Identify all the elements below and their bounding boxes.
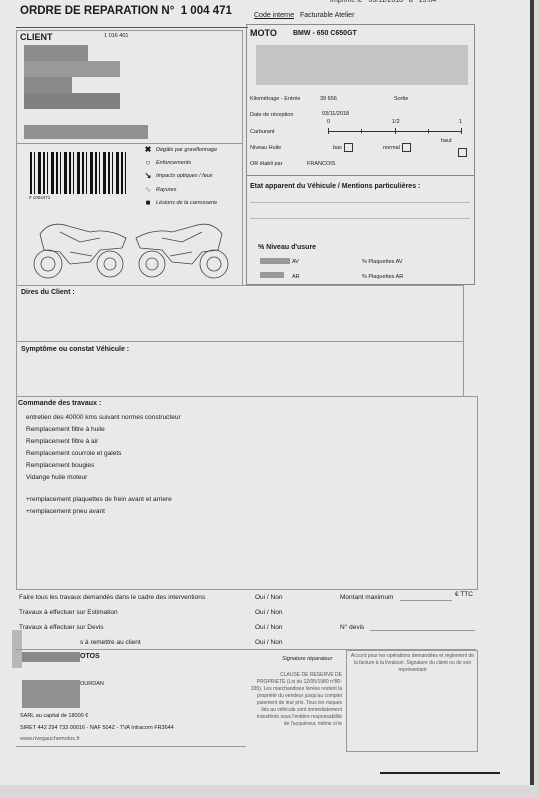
work-item: Remplacement filtre à air — [26, 438, 98, 445]
fuel-gauge-tick — [328, 128, 329, 134]
redacted-client-info — [24, 125, 148, 139]
redacted-client-info — [24, 61, 120, 77]
moto-model: BMW - 650 C650GT — [293, 30, 357, 37]
devis-field[interactable] — [370, 630, 475, 631]
checkbox[interactable] — [458, 148, 467, 157]
oil-option-bas[interactable]: bas — [333, 143, 353, 152]
company-website[interactable]: www.rivegauchemotos.fr — [20, 736, 80, 742]
devis-label: N° devis — [340, 624, 364, 631]
repair-order-document: ORDRE DE REPARATION N° 1 004 471 Imprimé… — [0, 0, 534, 785]
oil-option-haut[interactable] — [456, 144, 467, 162]
legend-item: ↘Impacts optiques / feux — [144, 171, 213, 180]
fuel-tick-1: 1 — [459, 119, 462, 125]
legend-label: Enfoncements — [156, 160, 191, 166]
printed-info: Imprimé le 03/11/2018 à 15:04 — [330, 0, 436, 4]
option-label: s à remettre au client — [80, 639, 141, 646]
etat-line — [250, 218, 470, 219]
printed-time: 15:04 — [419, 0, 437, 4]
oil-option-normal[interactable]: normal — [383, 143, 411, 152]
client-signature-box[interactable] — [346, 650, 478, 752]
legend-item: ✖Dégâts par gravillonnage — [144, 145, 217, 154]
oil-bas-label: bas — [333, 145, 342, 151]
montant-label: Montant maximum — [340, 594, 393, 601]
work-item: Remplacement filtre à huile — [26, 426, 105, 433]
work-item: Remplacement bougies — [26, 462, 94, 469]
checkbox[interactable] — [402, 143, 411, 152]
legend-item: ∿Rayures — [144, 185, 176, 194]
square-icon: ■ — [144, 198, 152, 207]
redacted-usure — [260, 258, 290, 264]
oil-normal-label: normal — [383, 145, 400, 151]
client-number: 1 016 401 — [104, 33, 128, 39]
code-interne: Code interne Facturable Atelier — [254, 12, 354, 19]
reception-label: Date de réception — [250, 112, 293, 118]
fuel-gauge-tick — [461, 128, 462, 134]
fuel-tick-0: 0 — [327, 119, 330, 125]
redacted-company-name — [22, 652, 80, 662]
oui-non-choice[interactable]: Oui / Non — [255, 609, 282, 616]
or-by: FRANCOIS — [307, 161, 335, 167]
checkbox[interactable] — [344, 143, 353, 152]
or-label: OR établi par — [250, 161, 282, 167]
fuel-gauge-tick — [361, 129, 362, 133]
redacted-client-info — [24, 77, 72, 93]
legend-label: Dégâts par gravillonnage — [156, 147, 217, 153]
symptome-label: Symptôme ou constat Véhicule : — [21, 346, 129, 353]
order-number: 1 004 471 — [181, 5, 232, 17]
redacted-vehicle-info — [256, 45, 468, 85]
motorcycle-left-diagram[interactable] — [30, 212, 130, 282]
usure-av: AV — [292, 259, 299, 265]
company-capital: SARL au capital de 18000 € — [20, 713, 88, 719]
redacted-client-info — [24, 45, 88, 61]
arrow-icon: ↘ — [144, 171, 152, 180]
work-item: Vidange huile moteur — [26, 474, 87, 481]
work-item: +remplacement plaquettes de frein avant … — [26, 496, 172, 503]
title-underline — [16, 27, 248, 28]
clause-reserve: CLAUSE DE RESERVE DE PROPRIETE (Loi du 1… — [250, 672, 342, 728]
barcode — [30, 152, 128, 194]
address: OURDAN — [80, 681, 104, 687]
work-item: entretien des 40000 kms suivant normes c… — [26, 414, 181, 421]
km-label: Kilométrage - Entrée — [250, 96, 300, 102]
bottom-edge — [380, 772, 500, 774]
reception-date: 03/11/2018 — [322, 111, 349, 117]
client-label: CLIENT — [20, 32, 53, 42]
option-label: Travaux à effectuer sur Devis — [19, 624, 104, 631]
etat-line — [250, 202, 470, 203]
oui-non-choice[interactable]: Oui / Non — [255, 639, 282, 646]
legend-item: ■Lésions de la carrosserie — [144, 198, 217, 207]
oui-non-choice[interactable]: Oui / Non — [255, 624, 282, 631]
option-label: Faire tous les travaux demandés dans le … — [19, 594, 205, 601]
redacted-usure — [260, 272, 284, 278]
legend-label: Lésions de la carrosserie — [156, 200, 217, 206]
legend-item: ○Enfoncements — [144, 158, 191, 167]
montant-unit: € TTC — [455, 591, 473, 598]
usure-ar: AR — [292, 274, 300, 280]
montant-field[interactable] — [400, 600, 452, 601]
motorcycle-right-diagram[interactable] — [132, 212, 232, 282]
cross-icon: ✖ — [144, 145, 152, 154]
signature-label: Signature réparateur — [282, 656, 332, 662]
moto-label: MOTO — [250, 28, 277, 38]
km-in: 39 656 — [320, 96, 337, 102]
footer-divider — [16, 746, 246, 747]
oil-label: Niveau Huile — [250, 145, 281, 151]
printed-date: 03/11/2018 — [369, 0, 404, 4]
fuel-tick-half: 1/2 — [392, 119, 400, 125]
title-text: ORDRE DE REPARATION N° — [20, 5, 174, 17]
scratch-icon: ∿ — [144, 185, 152, 194]
circle-icon: ○ — [144, 158, 152, 167]
work-item: Remplacement courroie et galets — [26, 450, 121, 457]
barcode-text: # 1004471 — [29, 195, 50, 200]
company-name: OTOS — [80, 653, 100, 660]
redacted-address — [22, 680, 80, 708]
etat-label: Etat apparent du Véhicule / Mentions par… — [250, 183, 420, 190]
dires-client-label: Dires du Client : — [21, 289, 75, 296]
plaquettes-ar: % Plaquettes AR — [362, 274, 403, 280]
document-title: ORDRE DE REPARATION N° 1 004 471 — [20, 5, 232, 17]
legend-label: Impacts optiques / feux — [156, 173, 213, 179]
fuel-label: Carburant — [250, 129, 274, 135]
redacted-client-info — [24, 93, 120, 109]
fuel-gauge-tick — [395, 128, 396, 134]
company-legal: SIRET 442 294 733 00016 - NAF 504Z - TVA… — [20, 725, 174, 731]
code-interne-label: Code interne — [254, 12, 294, 19]
oil-haut-label: haut — [441, 138, 452, 144]
usure-label: % Niveau d'usure — [258, 244, 316, 251]
work-item: +remplacement pneu avant — [26, 508, 105, 515]
billing-type: Facturable Atelier — [300, 12, 354, 19]
fuel-gauge-tick — [428, 129, 429, 133]
commande-label: Commande des travaux : — [18, 400, 101, 407]
printed-sep: à — [409, 0, 413, 4]
etat-box — [246, 174, 475, 285]
oui-non-choice[interactable]: Oui / Non — [255, 594, 282, 601]
option-label: Travaux à effectuer sur Estimation — [19, 609, 118, 616]
dires-client-box[interactable] — [16, 285, 464, 342]
plaquettes-av: % Plaquettes AV — [362, 259, 403, 265]
printed-label: Imprimé le — [330, 0, 363, 4]
km-out-label: Sortie — [394, 96, 408, 102]
legend-label: Rayures — [156, 187, 176, 193]
